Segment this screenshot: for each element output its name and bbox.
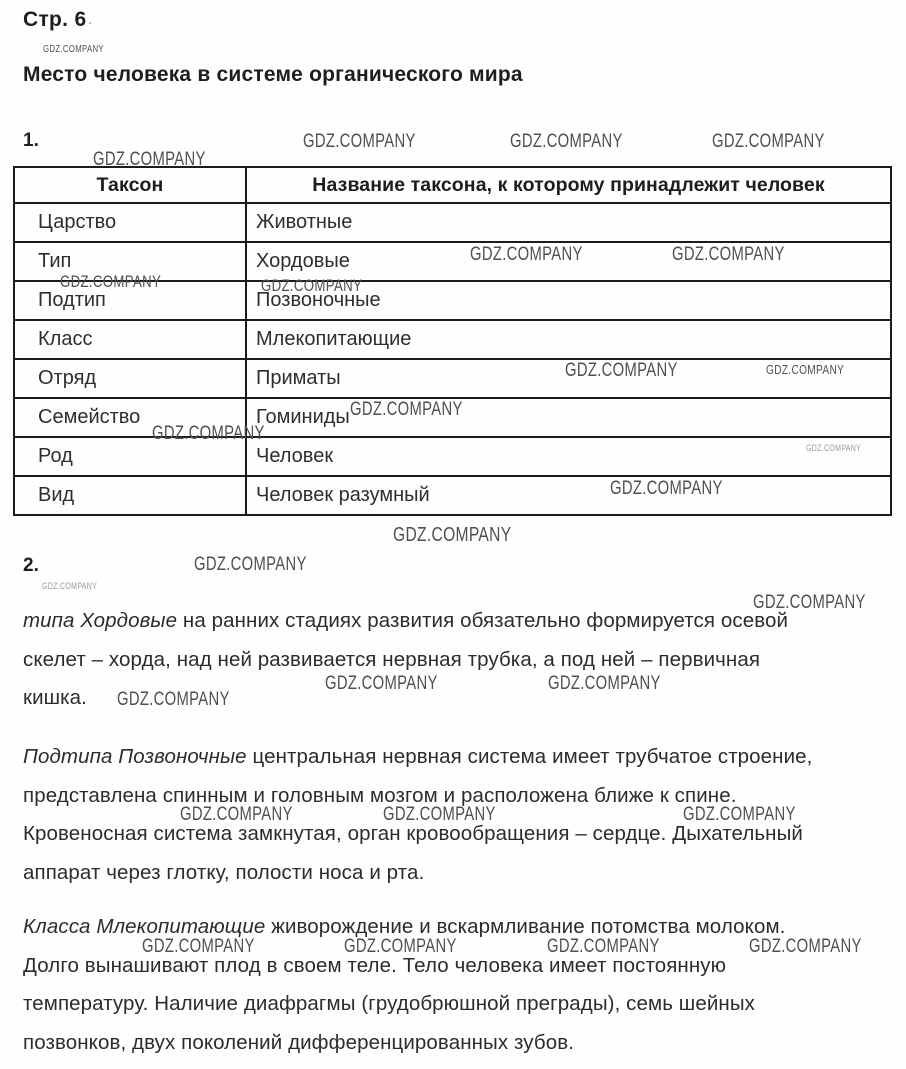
taxon-cell: Вид [14,476,246,515]
value-cell: Человек [246,437,891,476]
watermark: GDZ.COMPANY [303,131,416,153]
taxon-cell: Род [14,437,246,476]
watermark: GDZ.COMPANY [194,554,307,576]
question-1-number: 1. [23,130,39,152]
column-header-taxon: Таксон [14,167,246,203]
watermark: GDZ.COMPANY [712,131,825,153]
page-title: Место человека в системе органического м… [23,63,523,87]
document-page: Стр. 6. Место человека в системе органич… [0,0,906,1069]
value-cell: Приматы [246,359,891,398]
table-row: Вид Человек разумный [14,476,891,515]
value-cell: Гоминиды [246,398,891,437]
table-row: Класс Млекопитающие [14,320,891,359]
value-cell: Человек разумный [246,476,891,515]
table-row: Тип Хордовые [14,242,891,281]
table-row: Род Человек [14,437,891,476]
taxonomy-table: Таксон Название таксона, к которому прин… [13,166,892,516]
page-number-text: Стр. 6 [23,8,86,31]
page-number-suffix-dot: . [88,15,91,27]
value-cell: Животные [246,203,891,242]
watermark: GDZ.COMPANY [42,581,97,591]
table-row: Семейство Гоминиды [14,398,891,437]
watermark: GDZ.COMPANY [43,44,104,55]
table-header-row: Таксон Название таксона, к которому прин… [14,167,891,203]
value-cell: Позвоночные [246,281,891,320]
paragraph-lead-italic: Подтипа Позвоночные [23,745,247,768]
question-2-number: 2. [23,555,39,577]
watermark: GDZ.COMPANY [393,524,511,547]
taxon-cell: Семейство [14,398,246,437]
answer-paragraph-mammalia: Класса Млекопитающие живорождение и вска… [23,908,893,1062]
page-number-heading: Стр. 6. [23,8,92,32]
column-header-taxon-name: Название таксона, к которому принадлежит… [246,167,891,203]
taxon-cell: Царство [14,203,246,242]
paragraph-lead-italic: Класса Млекопитающие [23,915,265,938]
value-cell: Хордовые [246,242,891,281]
taxon-cell: Подтип [14,281,246,320]
watermark: GDZ.COMPANY [510,131,623,153]
table-row: Подтип Позвоночные [14,281,891,320]
taxon-cell: Отряд [14,359,246,398]
answer-paragraph-vertebrata: Подтипа Позвоночные центральная нервная … [23,738,893,892]
table-row: Отряд Приматы [14,359,891,398]
value-cell: Млекопитающие [246,320,891,359]
table-row: Царство Животные [14,203,891,242]
taxon-cell: Тип [14,242,246,281]
taxon-cell: Класс [14,320,246,359]
paragraph-lead-italic: типа Хордовые [23,609,177,632]
answer-paragraph-chordata: типа Хордовые на ранних стадиях развития… [23,602,893,718]
